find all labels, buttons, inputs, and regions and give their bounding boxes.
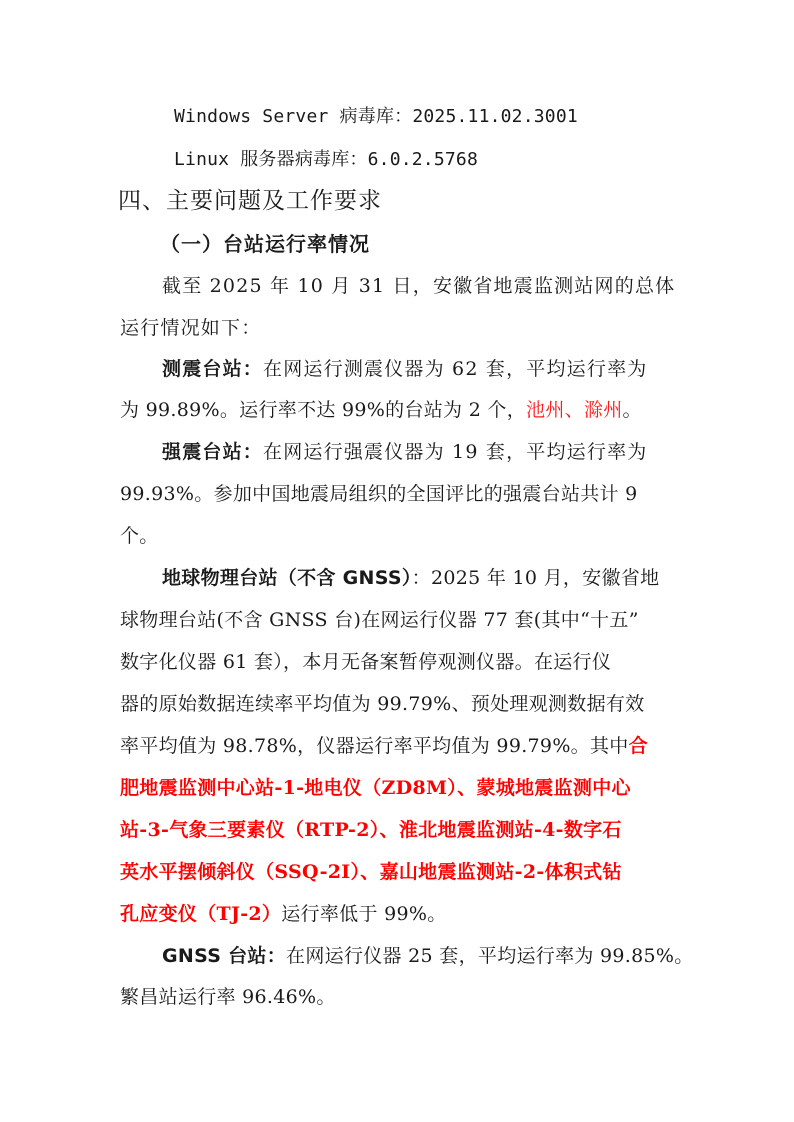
intro-line-2: 运行情况如下： xyxy=(120,316,261,340)
seismic-period: 。 xyxy=(623,399,642,421)
subsection-heading: （一）台站运行率情况 xyxy=(160,232,370,256)
strong-motion-line-1: 强震台站：在网运行强震仪器为 19 套，平均运行率为 xyxy=(162,440,647,464)
seismic-label: 测震台站： xyxy=(162,358,263,380)
geophysical-line-8: 英水平摆倾斜仪（SSQ-2I）、嘉山地震监测站-2-体积式钻 xyxy=(120,860,622,884)
section-heading: 四、主要问题及工作要求 xyxy=(118,187,382,215)
geophysical-line-6: 肥地震监测中心站-1-地电仪（ZD8M）、蒙城地震监测中心 xyxy=(120,776,631,800)
geophysical-label: 地球物理台站（不含 GNSS） xyxy=(162,567,412,589)
seismic-paragraph-line-1: 测震台站：在网运行测震仪器为 62 套，平均运行率为 xyxy=(162,357,647,381)
geophysical-averages: 率平均值为 98.78%，仪器运行率平均值为 99.79%。其中 xyxy=(120,735,629,757)
document-page: Windows Server 病毒库：2025.11.02.3001 Linux… xyxy=(0,0,794,1122)
strong-motion-line-2: 99.93%。参加中国地震局组织的全国评比的强震台站共计 9 xyxy=(120,482,638,506)
geophysical-line-2: 球物理台站(不含 GNSS 台)在网运行仪器 77 套(其中“十五” xyxy=(120,608,639,632)
geophysical-highlight-start: 合 xyxy=(629,735,648,757)
intro-line-1: 截至 2025 年 10 月 31 日，安徽省地震监测站网的总体 xyxy=(162,274,675,298)
linux-antivirus-version: Linux 服务器病毒库：6.0.2.5768 xyxy=(174,148,478,172)
seismic-below-threshold-stations: 池州、滁州 xyxy=(526,399,623,421)
seismic-text: 在网运行测震仪器为 62 套，平均运行率为 xyxy=(263,358,647,380)
geophysical-text: ：2025 年 10 月，安徽省地 xyxy=(412,567,660,589)
gnss-label: GNSS 台站： xyxy=(162,945,286,967)
geophysical-line-3: 数字化仪器 61 套），本月无备案暂停观测仪器。在运行仪 xyxy=(120,650,611,674)
seismic-summary: 为 99.89%。运行率不达 99%的台站为 2 个， xyxy=(120,399,526,421)
geophysical-highlight-end: 孔应变仪（TJ-2） xyxy=(120,903,281,925)
geophysical-line-9: 孔应变仪（TJ-2）运行率低于 99%。 xyxy=(120,902,447,926)
seismic-paragraph-line-2: 为 99.89%。运行率不达 99%的台站为 2 个，池州、滁州。 xyxy=(120,398,642,422)
strong-motion-label: 强震台站： xyxy=(162,441,263,463)
gnss-text: 在网运行仪器 25 套，平均运行率为 99.85%。 xyxy=(286,945,694,967)
strong-motion-text: 在网运行强震仪器为 19 套，平均运行率为 xyxy=(263,441,647,463)
windows-antivirus-version: Windows Server 病毒库：2025.11.02.3001 xyxy=(174,105,578,129)
geophysical-conclusion: 运行率低于 99%。 xyxy=(281,903,446,925)
geophysical-line-1: 地球物理台站（不含 GNSS）：2025 年 10 月，安徽省地 xyxy=(162,566,659,590)
strong-motion-line-3: 个。 xyxy=(120,524,159,548)
geophysical-line-7: 站-3-气象三要素仪（RTP-2）、淮北地震监测站-4-数字石 xyxy=(120,818,622,842)
geophysical-line-5: 率平均值为 98.78%，仪器运行率平均值为 99.79%。其中合 xyxy=(120,734,648,758)
gnss-line-2: 繁昌站运行率 96.46%。 xyxy=(120,985,336,1009)
geophysical-line-4: 器的原始数据连续率平均值为 99.79%、预处理观测数据有效 xyxy=(120,692,645,716)
gnss-line-1: GNSS 台站：在网运行仪器 25 套，平均运行率为 99.85%。 xyxy=(162,944,694,968)
